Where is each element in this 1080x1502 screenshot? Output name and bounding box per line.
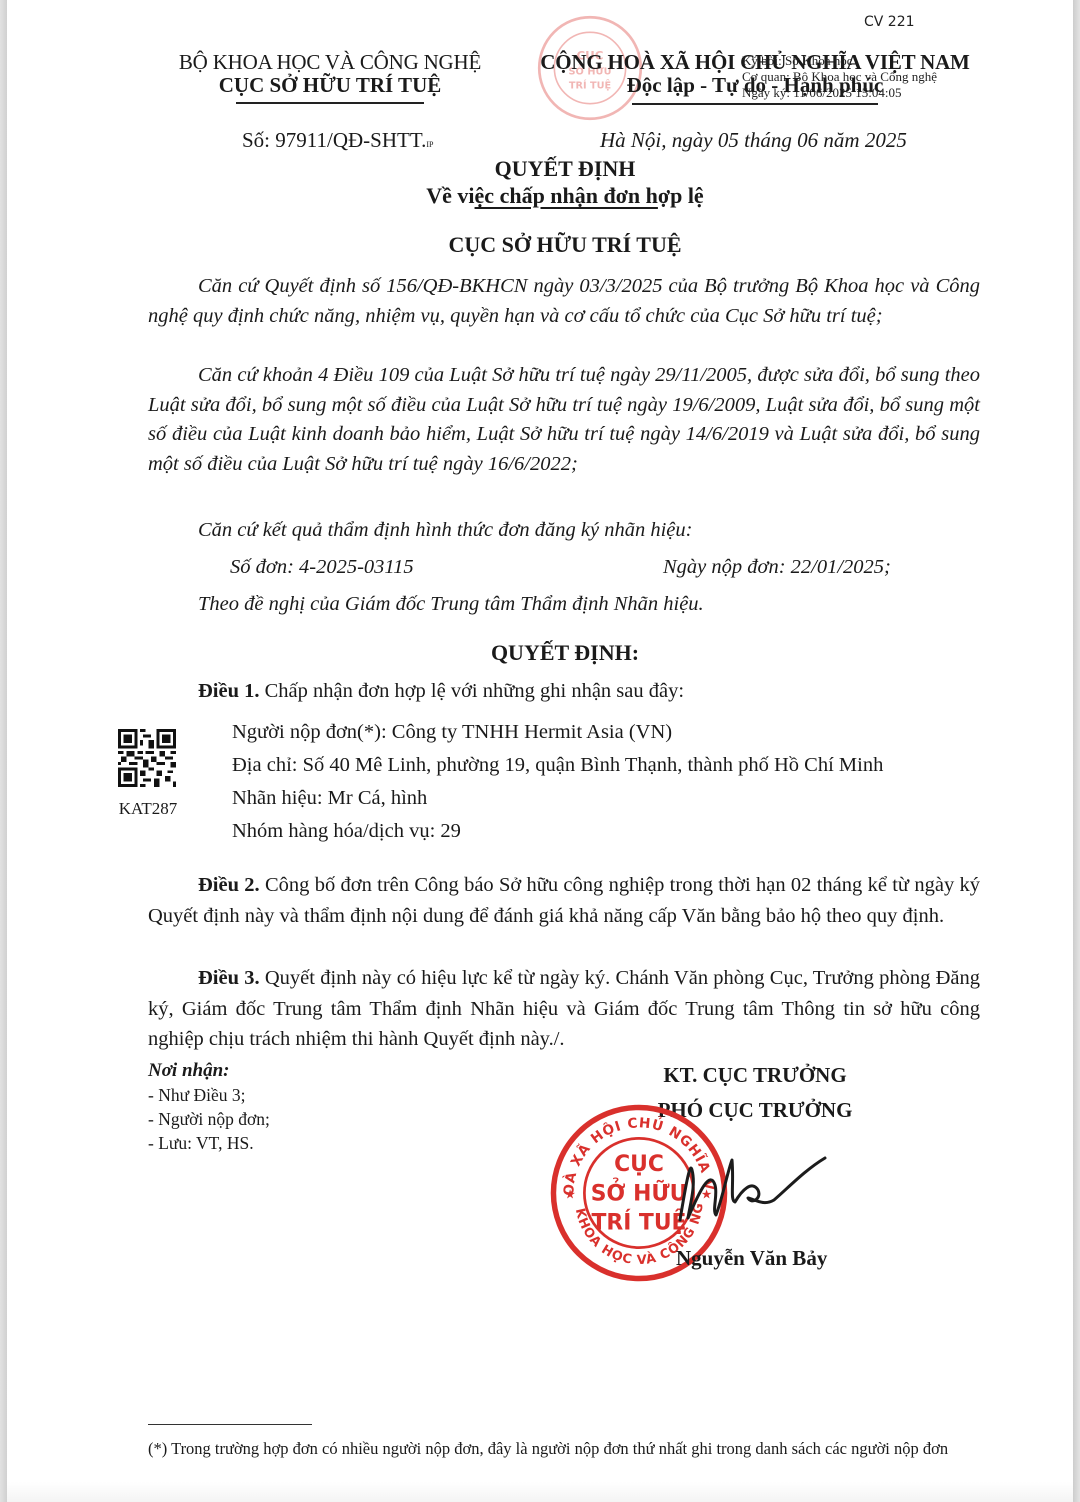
- address: Địa chỉ: Số 40 Mê Linh, phường 19, quận …: [232, 749, 883, 782]
- qr-code-icon[interactable]: [118, 729, 176, 787]
- article-2: Điều 2. Công bố đơn trên Công báo Sở hữu…: [148, 870, 980, 931]
- document-number-suffix: IP: [426, 140, 433, 149]
- article-2-text: Công bố đơn trên Công báo Sở hữu công ng…: [148, 874, 980, 927]
- agency-name: CỤC SỞ HỮU TRÍ TUỆ: [150, 73, 510, 98]
- digital-signature-block: Ký bởi: Sở Khoa học Cơ quan: Bộ Khoa học…: [742, 53, 937, 101]
- recipients-title: Nơi nhận:: [148, 1059, 270, 1083]
- basis-text-1: Căn cứ Quyết định số 156/QĐ-BKHCN ngày 0…: [148, 275, 980, 327]
- basis-text-2: Căn cứ khoản 4 Điều 109 của Luật Sở hữu …: [148, 364, 980, 475]
- qr-code-label: KAT287: [112, 799, 184, 819]
- basis-paragraph-1: Căn cứ Quyết định số 156/QĐ-BKHCN ngày 0…: [148, 272, 980, 331]
- article-2-label: Điều 2.: [198, 874, 260, 896]
- reference-code: CV 221: [864, 14, 915, 30]
- basis-paragraph-2: Căn cứ khoản 4 Điều 109 của Luật Sở hữu …: [148, 361, 980, 480]
- goods-services-class: Nhóm hàng hóa/dịch vụ: 29: [232, 815, 883, 848]
- ministry-name: BỘ KHOA HỌC VÀ CÔNG NGHỆ: [150, 50, 510, 75]
- basis-paragraph-3: Căn cứ kết quả thẩm định hình thức đơn đ…: [198, 519, 692, 542]
- article-1: Điều 1. Chấp nhận đơn hợp lệ với những g…: [198, 680, 684, 703]
- signing-time: Ngày ký: 11/06/2025 15:04:05: [742, 85, 937, 101]
- subject-prefix: Về vi: [426, 183, 474, 208]
- article-1-text: Chấp nhận đơn hợp lệ với những ghi nhận …: [260, 680, 685, 702]
- decision-heading: QUYẾT ĐỊNH:: [150, 640, 980, 666]
- document-number-text: Số: 97911/QĐ-SHTT.: [242, 128, 426, 152]
- header-rule-right: [632, 103, 878, 105]
- svg-text:★: ★: [564, 1187, 575, 1202]
- article-3-text: Quyết định này có hiệu lực kể từ ngày ký…: [148, 967, 980, 1050]
- signer-on-behalf: KT. CỤC TRƯỞNG: [620, 1058, 890, 1093]
- recipient-item: - Người nộp đơn;: [148, 1107, 270, 1131]
- handwritten-signature-icon: [660, 1130, 830, 1230]
- page-edge-left: [0, 0, 7, 1502]
- footnote: (*) Trong trường hợp đơn có nhiều người …: [148, 1437, 968, 1460]
- footnote-rule: [148, 1424, 312, 1425]
- trademark: Nhãn hiệu: Mr Cá, hình: [232, 782, 883, 815]
- document-number: Số: 97911/QĐ-SHTT.IP: [242, 128, 433, 153]
- application-number: Số đơn: 4-2025-03115: [230, 556, 414, 579]
- document-subject: Về việc chấp nhận đơn hợp lệ: [150, 183, 980, 209]
- subject-underlined: ệc chấp nhận đơn h: [475, 183, 658, 208]
- recipient-item: - Như Điều 3;: [148, 1083, 270, 1107]
- seal-line-1: CỤC: [614, 1152, 664, 1177]
- header-rule-left: [236, 102, 424, 104]
- signer-name: Nguyễn Văn Bảy: [676, 1246, 827, 1271]
- place-and-date: Hà Nội, ngày 05 tháng 06 năm 2025: [600, 128, 907, 153]
- signed-by: Ký bởi: Sở Khoa học: [742, 53, 937, 69]
- filing-date: Ngày nộp đơn: 22/01/2025;: [663, 556, 891, 579]
- article-1-details: Người nộp đơn(*): Công ty TNHH Hermit As…: [232, 716, 883, 848]
- signing-organization: Cơ quan: Bộ Khoa học và Công nghệ: [742, 69, 937, 85]
- article-3: Điều 3. Quyết định này có hiệu lực kể từ…: [148, 963, 980, 1055]
- issuing-authority: BỘ KHOA HỌC VÀ CÔNG NGHỆ CỤC SỞ HỮU TRÍ …: [150, 50, 510, 104]
- issuer-heading: CỤC SỞ HỮU TRÍ TUỆ: [150, 232, 980, 258]
- page-edge-right: [1073, 0, 1080, 1502]
- page-bottom-shadow: [7, 1482, 1073, 1502]
- article-3-label: Điều 3.: [198, 967, 260, 989]
- document-title: QUYẾT ĐỊNH: [150, 156, 980, 182]
- applicant: Người nộp đơn(*): Công ty TNHH Hermit As…: [232, 716, 883, 749]
- subject-suffix: ợp lệ: [658, 183, 704, 208]
- article-1-label: Điều 1.: [198, 680, 260, 702]
- recipients-block: Nơi nhận: - Như Điều 3; - Người nộp đơn;…: [148, 1059, 270, 1155]
- proposal-line: Theo đề nghị của Giám đốc Trung tâm Thẩm…: [198, 593, 704, 616]
- recipient-item: - Lưu: VT, HS.: [148, 1131, 270, 1155]
